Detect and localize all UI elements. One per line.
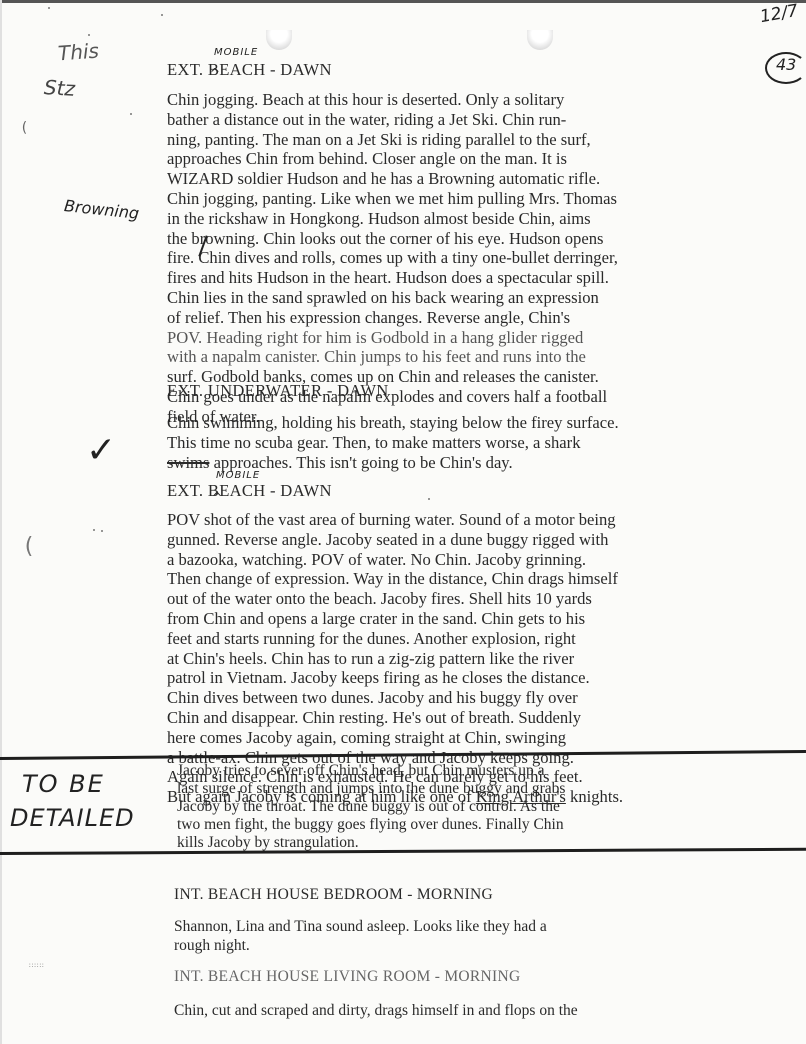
action-line: Shannon, Lina and Tina sound asleep. Loo…	[174, 917, 547, 936]
action-line: Chin jogging. Beach at this hour is dese…	[167, 90, 618, 110]
paper-speck	[93, 529, 95, 531]
punch-hole	[266, 30, 292, 50]
struck-word: swims	[167, 453, 209, 472]
note-detailed: DETAILED	[10, 804, 135, 832]
action-line: last surge of strength and jumps into th…	[177, 780, 565, 798]
action-line: Then change of expression. Way in the di…	[167, 569, 623, 589]
action-line: WIZARD soldier Hudson and he has a Brown…	[167, 169, 618, 189]
margin-bracket-mark: (	[20, 120, 27, 136]
scene-2-action: Chin swimming, holding his breath, stayi…	[167, 413, 619, 472]
action-line: Jacoby by the throat. The dune buggy is …	[177, 798, 565, 816]
insert-mobile-2: MOBILE	[216, 470, 260, 481]
action-line: bather a distance out in the water, ridi…	[167, 110, 618, 130]
punch-hole	[527, 30, 553, 50]
action-line: out of the water onto the beach. Jacoby …	[167, 589, 623, 609]
date-note: 12/7	[759, 1, 800, 27]
paper-speck	[101, 530, 103, 532]
scene-heading-2: EXT. UNDERWATER - DAWN	[167, 381, 389, 401]
action-line: POV. Heading right for him is Godbold in…	[167, 328, 618, 348]
action-line: in the rickshaw in Hongkong. Hudson almo…	[167, 209, 618, 229]
handwritten-note-top-left: This	[57, 39, 99, 66]
scene-heading-5: INT. BEACH HOUSE LIVING ROOM - MORNING	[174, 970, 521, 981]
paper-speck	[48, 7, 50, 9]
page-top-edge	[0, 0, 806, 3]
action-line: gunned. Reverse angle. Jacoby seated in …	[167, 530, 623, 550]
scene-5-action: Chin, cut and scraped and dirty, drags h…	[174, 1001, 578, 1020]
action-line: This time no scuba gear. Then, to make m…	[167, 433, 619, 453]
action-line: with a napalm canister. Chin jumps to hi…	[167, 347, 618, 367]
action-line: rough night.	[174, 936, 547, 955]
action-line: patrol in Vietnam. Jacoby keeps firing a…	[167, 668, 623, 688]
scene-4-action: Shannon, Lina and Tina sound asleep. Loo…	[174, 917, 547, 955]
action-line: Chin swimming, holding his breath, stayi…	[167, 413, 619, 433]
paper-speck	[161, 14, 163, 16]
action-line: here comes Jacoby again, coming straight…	[167, 728, 623, 748]
action-line: fires and hits Hudson in the heart. Huds…	[167, 268, 618, 288]
margin-dot-mark: ::::::	[28, 962, 44, 969]
paper-speck	[130, 113, 132, 115]
action-line: POV shot of the vast area of burning wat…	[167, 510, 623, 530]
action-line: Chin and disappear. Chin resting. He's o…	[167, 708, 623, 728]
insert-mobile-1: MOBILE	[214, 47, 258, 58]
action-line: at Chin's heels. Chin has to run a zig-z…	[167, 649, 623, 669]
paper-speck	[428, 498, 430, 500]
scene-heading-3: EXT. BEACH - DAWN	[167, 481, 332, 501]
scene-heading-5-clip: INT. BEACH HOUSE LIVING ROOM - MORNING	[174, 970, 734, 981]
action-line: fire. Chin dives and rolls, comes up wit…	[167, 248, 618, 268]
scene-1-action: Chin jogging. Beach at this hour is dese…	[167, 90, 618, 427]
action-line: two men fight, the buggy goes flying ove…	[177, 816, 565, 834]
margin-note-browning: Browning	[63, 196, 140, 223]
scene-heading-4: INT. BEACH HOUSE BEDROOM - MORNING	[174, 886, 493, 904]
action-line: Chin lies in the sand sprawled on his ba…	[167, 288, 618, 308]
action-line: a bazooka, watching. POV of water. No Ch…	[167, 550, 623, 570]
page-number: 43	[776, 55, 796, 74]
action-line: feet and starts running for the dunes. A…	[167, 629, 623, 649]
note-line-2: Stz	[43, 75, 75, 101]
action-line: Chin dives between two dunes. Jacoby and…	[167, 688, 623, 708]
action-line: approaches Chin from behind. Closer angl…	[167, 149, 618, 169]
page-left-edge	[0, 0, 2, 1044]
paper-speck	[88, 34, 90, 36]
scene-heading-1: EXT. BEACH - DAWN	[167, 60, 332, 80]
action-line: Jacoby tries to sever off Chin's head, b…	[177, 762, 565, 780]
note-line-1: This	[57, 39, 99, 66]
action-line: of relief. Then his expression changes. …	[167, 308, 618, 328]
checkmark-icon: ✓	[86, 430, 116, 471]
action-line: from Chin and opens a large crater in th…	[167, 609, 623, 629]
scene-3-bracketed-action: Jacoby tries to sever off Chin's head, b…	[177, 762, 565, 852]
action-line: Chin jogging, panting. Like when we met …	[167, 189, 618, 209]
action-line: the browning. Chin looks out the corner …	[167, 229, 618, 249]
margin-bracket-mark: (	[22, 534, 34, 559]
handwritten-note-top-left-2: Stz	[43, 75, 75, 101]
action-line: kills Jacoby by strangulation.	[177, 834, 565, 852]
action-line: Chin, cut and scraped and dirty, drags h…	[174, 1001, 578, 1020]
note-to-be: TO BE	[22, 770, 105, 798]
script-page: This Stz 12/7 43 ( ( :::::: MOBILE ^ EXT…	[0, 0, 806, 1044]
action-line: ning, panting. The man on a Jet Ski is r…	[167, 130, 618, 150]
